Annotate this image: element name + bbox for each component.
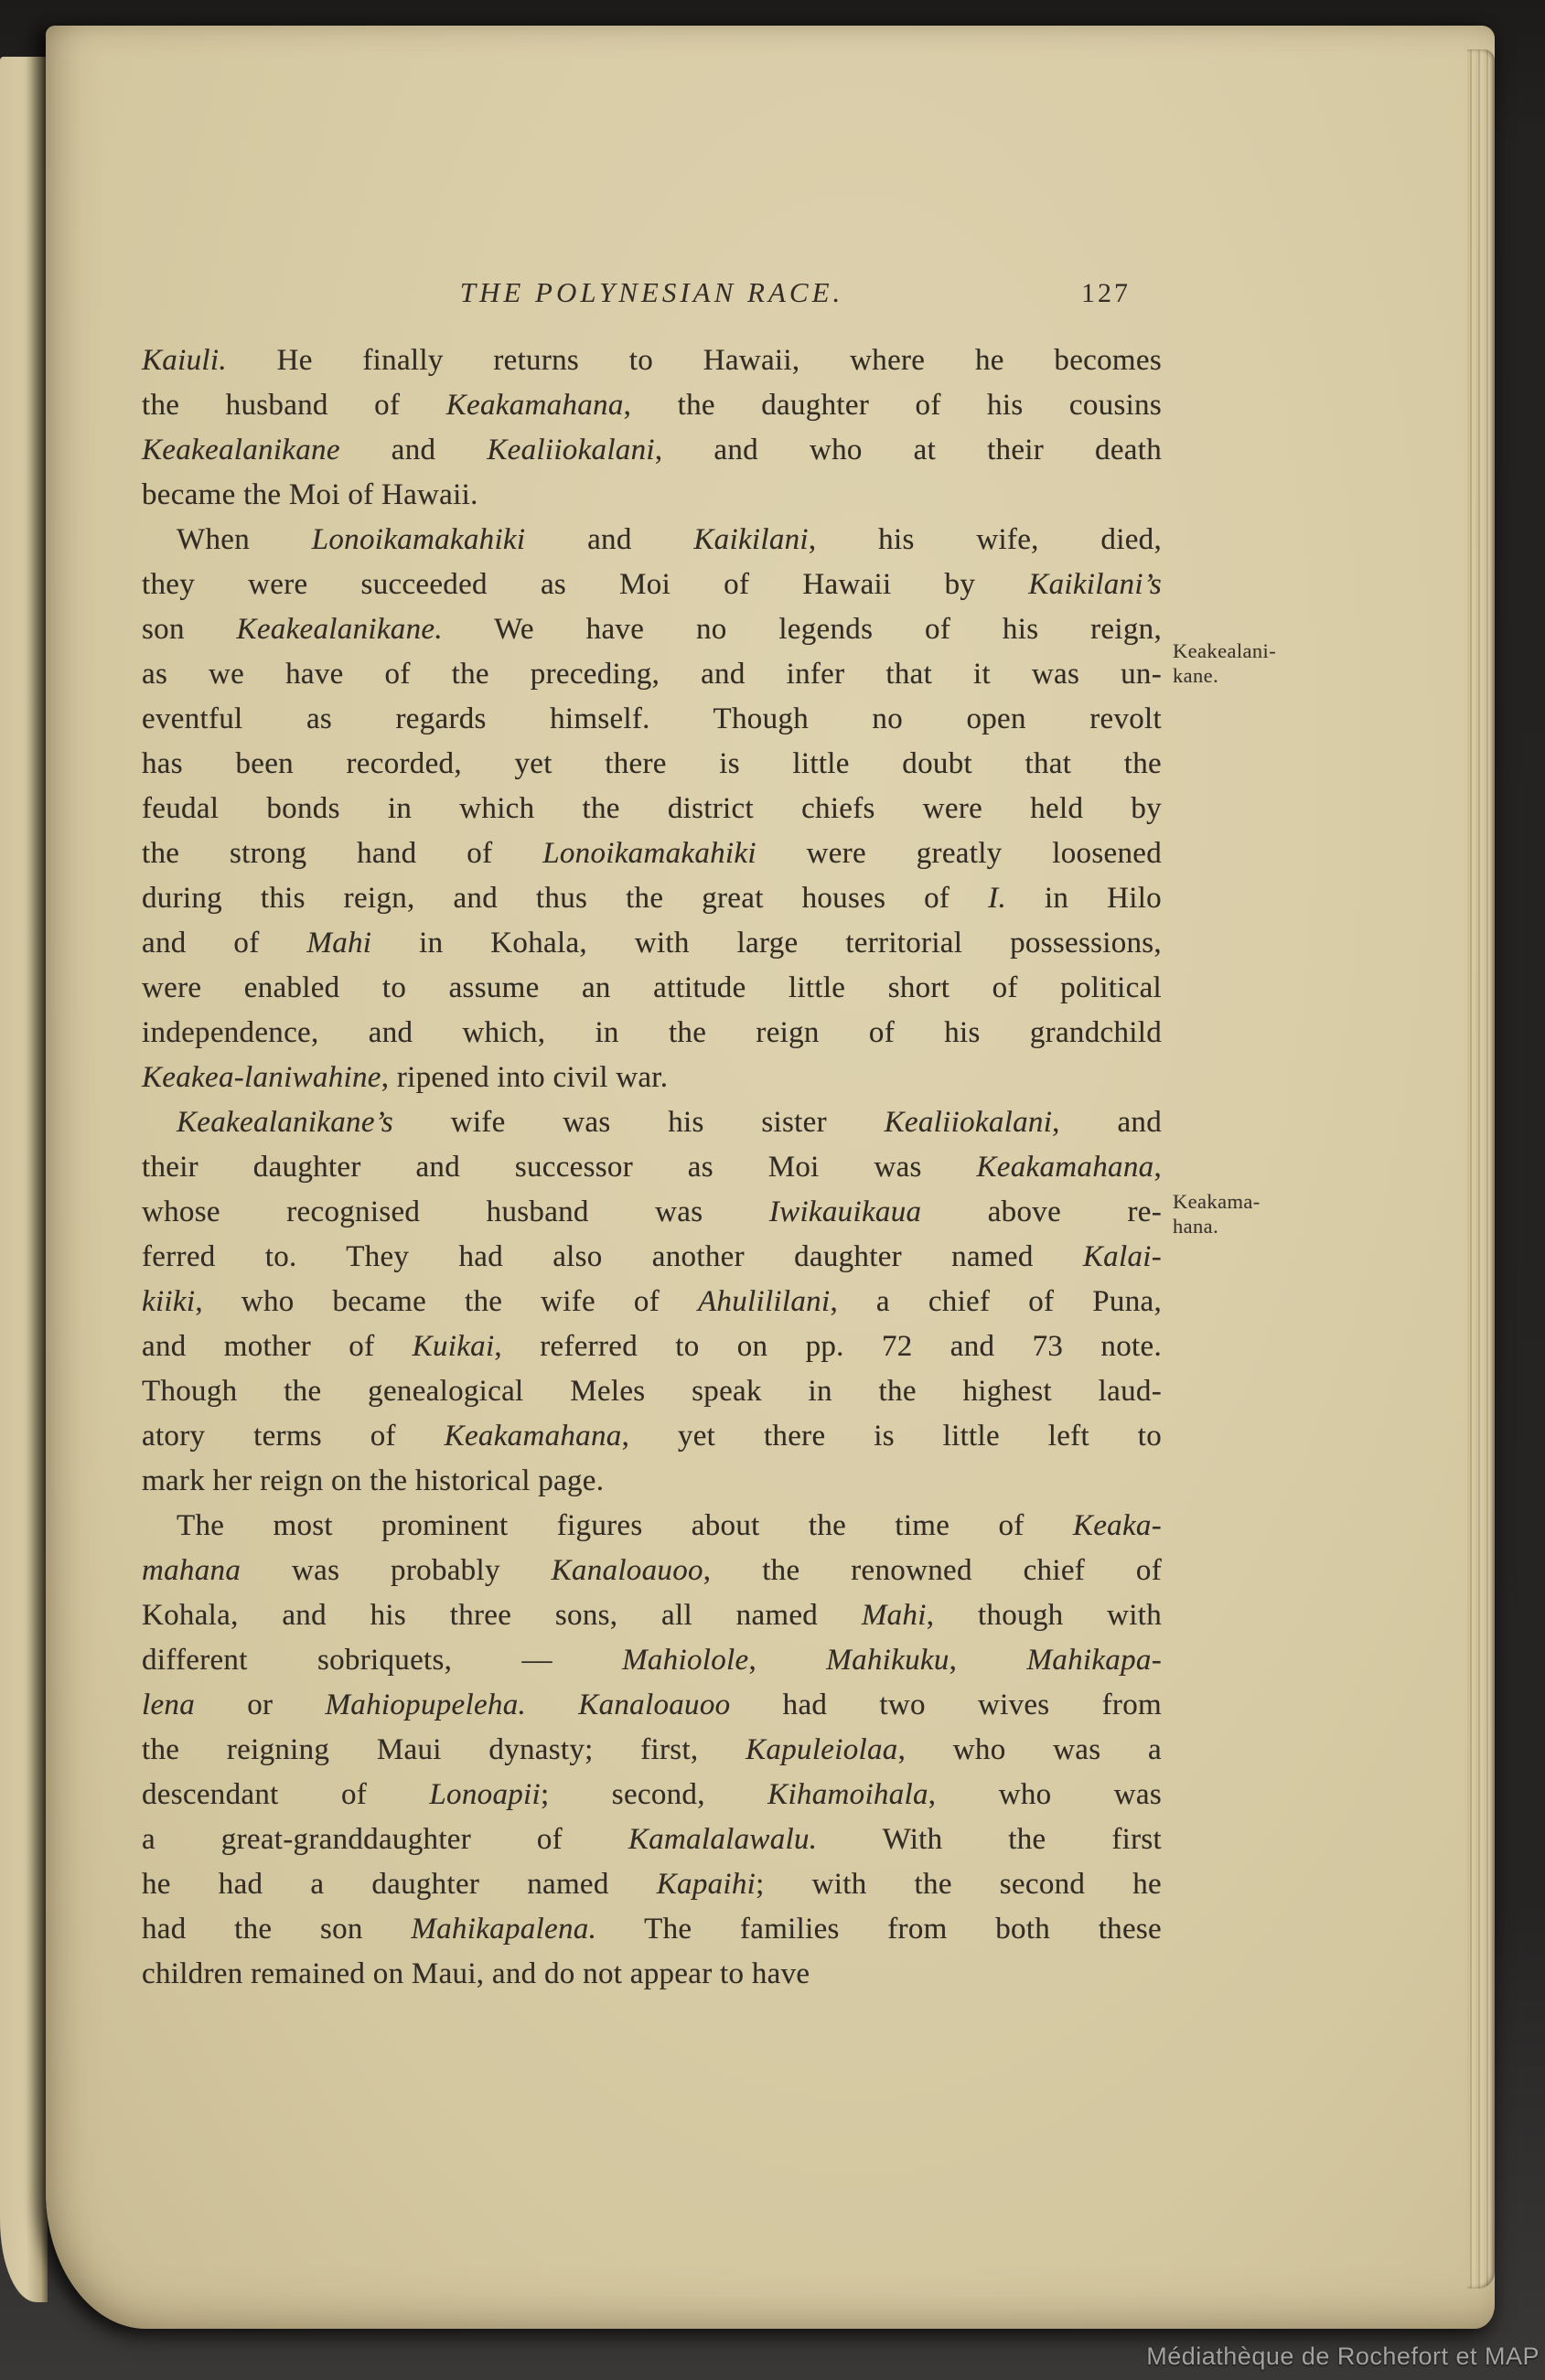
book-page: THE POLYNESIAN RACE. 127 Kaiuli. He fina…	[46, 26, 1495, 2329]
body-text: Kaiuli. He finally returns to Hawaii, wh…	[142, 338, 1162, 1997]
text-line: The most prominent figures about the tim…	[142, 1504, 1162, 1549]
text-line: atory terms of Keakamahana, yet there is…	[142, 1414, 1162, 1459]
text-line: When Lonoikamakahiki and Kaikilani, his …	[142, 518, 1162, 563]
scanned-book-photo: THE POLYNESIAN RACE. 127 Kaiuli. He fina…	[0, 0, 1545, 2380]
margin-note-line: hana.	[1173, 1214, 1347, 1238]
text-line: whose recognised husband was Iwikauikaua…	[142, 1190, 1162, 1235]
text-line: a great-granddaughter of Kamalalawalu. W…	[142, 1817, 1162, 1862]
text-line: and mother of Kuikai, referred to on pp.…	[142, 1324, 1162, 1369]
text-line: mark her reign on the historical page.	[142, 1459, 1162, 1504]
running-header: THE POLYNESIAN RACE. 127	[142, 276, 1162, 318]
text-line: they were succeeded as Moi of Hawaii by …	[142, 563, 1162, 607]
text-line: the husband of Keakamahana, the daughter…	[142, 383, 1162, 428]
text-line: their daughter and successor as Moi was …	[142, 1145, 1162, 1190]
text-line: Keakea-laniwahine, ripened into civil wa…	[142, 1056, 1162, 1100]
margin-note-line: kane.	[1173, 663, 1347, 688]
text-line: the strong hand of Lonoikamakahiki were …	[142, 831, 1162, 876]
text-line: ferred to. They had also another daughte…	[142, 1235, 1162, 1280]
text-line: descendant of Lonoapii; second, Kihamoih…	[142, 1773, 1162, 1817]
text-line: Kaiuli. He finally returns to Hawaii, wh…	[142, 338, 1162, 383]
margin-note: Keakama-hana.	[1173, 1189, 1347, 1238]
margin-note-line: Keakama-	[1173, 1189, 1347, 1214]
text-line: has been recorded, yet there is little d…	[142, 742, 1162, 787]
text-line: Though the genealogical Meles speak in t…	[142, 1369, 1162, 1414]
text-line: mahana was probably Kanaloauoo, the reno…	[142, 1549, 1162, 1593]
text-line: feudal bonds in which the district chief…	[142, 787, 1162, 831]
text-line: Keakealanikane’s wife was his sister Kea…	[142, 1100, 1162, 1145]
text-line: children remained on Maui, and do not ap…	[142, 1952, 1162, 1997]
text-line: were enabled to assume an attitude littl…	[142, 966, 1162, 1011]
text-line: and of Mahi in Kohala, with large territ…	[142, 921, 1162, 966]
page-title: THE POLYNESIAN RACE.	[142, 276, 1162, 309]
library-watermark: Médiathèque de Rochefort et MAP	[1146, 2342, 1540, 2371]
text-line: independence, and which, in the reign of…	[142, 1011, 1162, 1056]
margin-note: Keakealani-kane.	[1173, 638, 1347, 688]
text-line: son Keakealanikane. We have no legends o…	[142, 607, 1162, 652]
book-page-edge-left	[0, 57, 48, 2302]
text-line: lena or Mahiopupeleha. Kanaloauoo had tw…	[142, 1683, 1162, 1728]
text-line: became the Moi of Hawaii.	[142, 473, 1162, 518]
text-line: the reigning Maui dynasty; first, Kapule…	[142, 1728, 1162, 1773]
text-line: as we have of the preceding, and infer t…	[142, 652, 1162, 697]
page-edge-stack-right	[1467, 49, 1495, 2289]
text-line: had the son Mahikapalena. The families f…	[142, 1907, 1162, 1952]
text-line: Keakealanikane and Kealiiokalani, and wh…	[142, 428, 1162, 473]
page-number: 127	[1081, 278, 1131, 309]
text-line: kiiki, who became the wife of Ahulililan…	[142, 1280, 1162, 1324]
text-line: he had a daughter named Kapaihi; with th…	[142, 1862, 1162, 1907]
margin-note-line: Keakealani-	[1173, 638, 1347, 663]
text-line: eventful as regards himself. Though no o…	[142, 697, 1162, 742]
text-line: Kohala, and his three sons, all named Ma…	[142, 1593, 1162, 1638]
text-line: during this reign, and thus the great ho…	[142, 876, 1162, 921]
text-line: different sobriquets, — Mahiolole, Mahik…	[142, 1638, 1162, 1683]
